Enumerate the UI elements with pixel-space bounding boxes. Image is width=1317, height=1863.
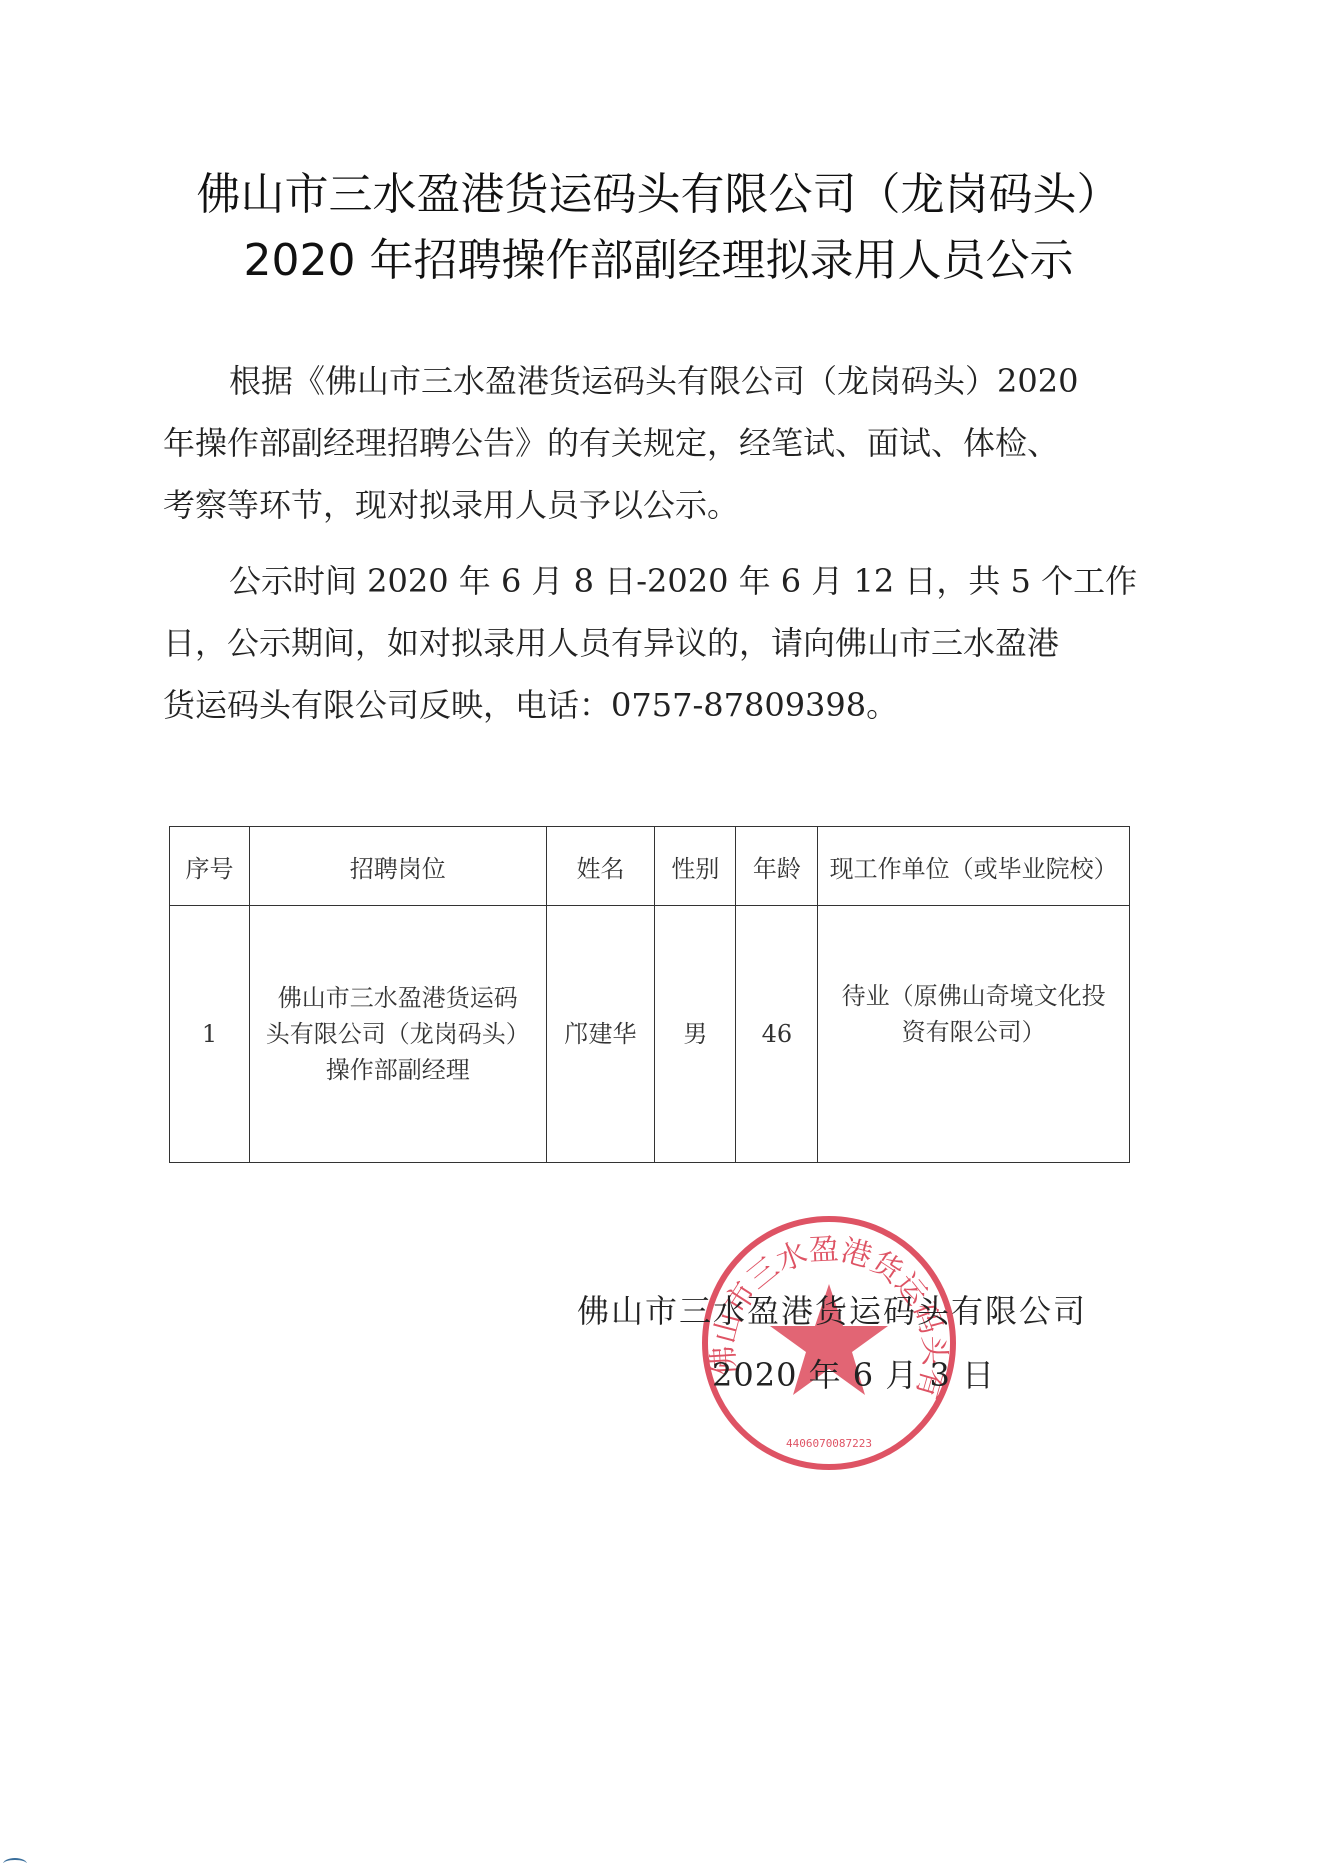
cell-index: 1 (170, 906, 250, 1163)
header-employer: 现工作单位（或毕业院校） (818, 827, 1130, 906)
paragraph-line: 根据《佛山市三水盈港货运码头有限公司（龙岗码头）2020 (163, 350, 1153, 412)
header-index: 序号 (170, 827, 250, 906)
paragraph-basis: 根据《佛山市三水盈港货运码头有限公司（龙岗码头）2020 年操作部副经理招聘公告… (163, 350, 1153, 536)
cell-age: 46 (736, 906, 818, 1163)
paragraph-line: 货运码头有限公司反映，电话：0757-87809398。 (163, 674, 1153, 736)
employer-line: 资有限公司） (818, 1014, 1129, 1050)
cell-employer: 待业（原佛山奇境文化投 资有限公司） (818, 906, 1130, 1163)
document-title-line1: 佛山市三水盈港货运码头有限公司（龙岗码头） (0, 158, 1317, 222)
candidate-table: 序号 招聘岗位 姓名 性别 年龄 现工作单位（或毕业院校） 1 佛山市三水盈港货… (169, 826, 1130, 1163)
paragraph-line: 考察等环节，现对拟录用人员予以公示。 (163, 474, 1153, 536)
cell-gender: 男 (655, 906, 736, 1163)
position-line: 佛山市三水盈港货运码 (250, 980, 546, 1016)
svg-text:4406070087223: 4406070087223 (786, 1437, 872, 1450)
cell-name: 邝建华 (546, 906, 655, 1163)
paragraph-line: 公示时间 2020 年 6 月 8 日-2020 年 6 月 12 日，共 5 … (163, 550, 1153, 612)
header-name: 姓名 (546, 827, 655, 906)
position-line: 头有限公司（龙岗码头） (250, 1016, 546, 1052)
scan-corner-artifact (3, 1858, 27, 1863)
paragraph-line: 年操作部副经理招聘公告》的有关规定，经笔试、面试、体检、 (163, 412, 1153, 474)
table-header-row: 序号 招聘岗位 姓名 性别 年龄 现工作单位（或毕业院校） (170, 827, 1130, 906)
paragraph-notice-period: 公示时间 2020 年 6 月 8 日-2020 年 6 月 12 日，共 5 … (163, 550, 1153, 736)
employer-line: 待业（原佛山奇境文化投 (818, 978, 1129, 1014)
signature-date: 2020 年 6 月 3 日 (712, 1350, 995, 1396)
signature-organization: 佛山市三水盈港货运码头有限公司 (577, 1286, 1087, 1332)
header-age: 年龄 (736, 827, 818, 906)
header-position: 招聘岗位 (249, 827, 546, 906)
cell-position: 佛山市三水盈港货运码 头有限公司（龙岗码头） 操作部副经理 (249, 906, 546, 1163)
official-seal-icon: 佛山市三水盈港货运码头有限公司 4406070087223 (698, 1212, 960, 1474)
table-row: 1 佛山市三水盈港货运码 头有限公司（龙岗码头） 操作部副经理 邝建华 男 46… (170, 906, 1130, 1163)
document-title-line2: 2020 年招聘操作部副经理拟录用人员公示 (0, 224, 1317, 288)
header-gender: 性别 (655, 827, 736, 906)
position-line: 操作部副经理 (250, 1052, 546, 1088)
paragraph-line: 日，公示期间，如对拟录用人员有异议的，请向佛山市三水盈港 (163, 612, 1153, 674)
